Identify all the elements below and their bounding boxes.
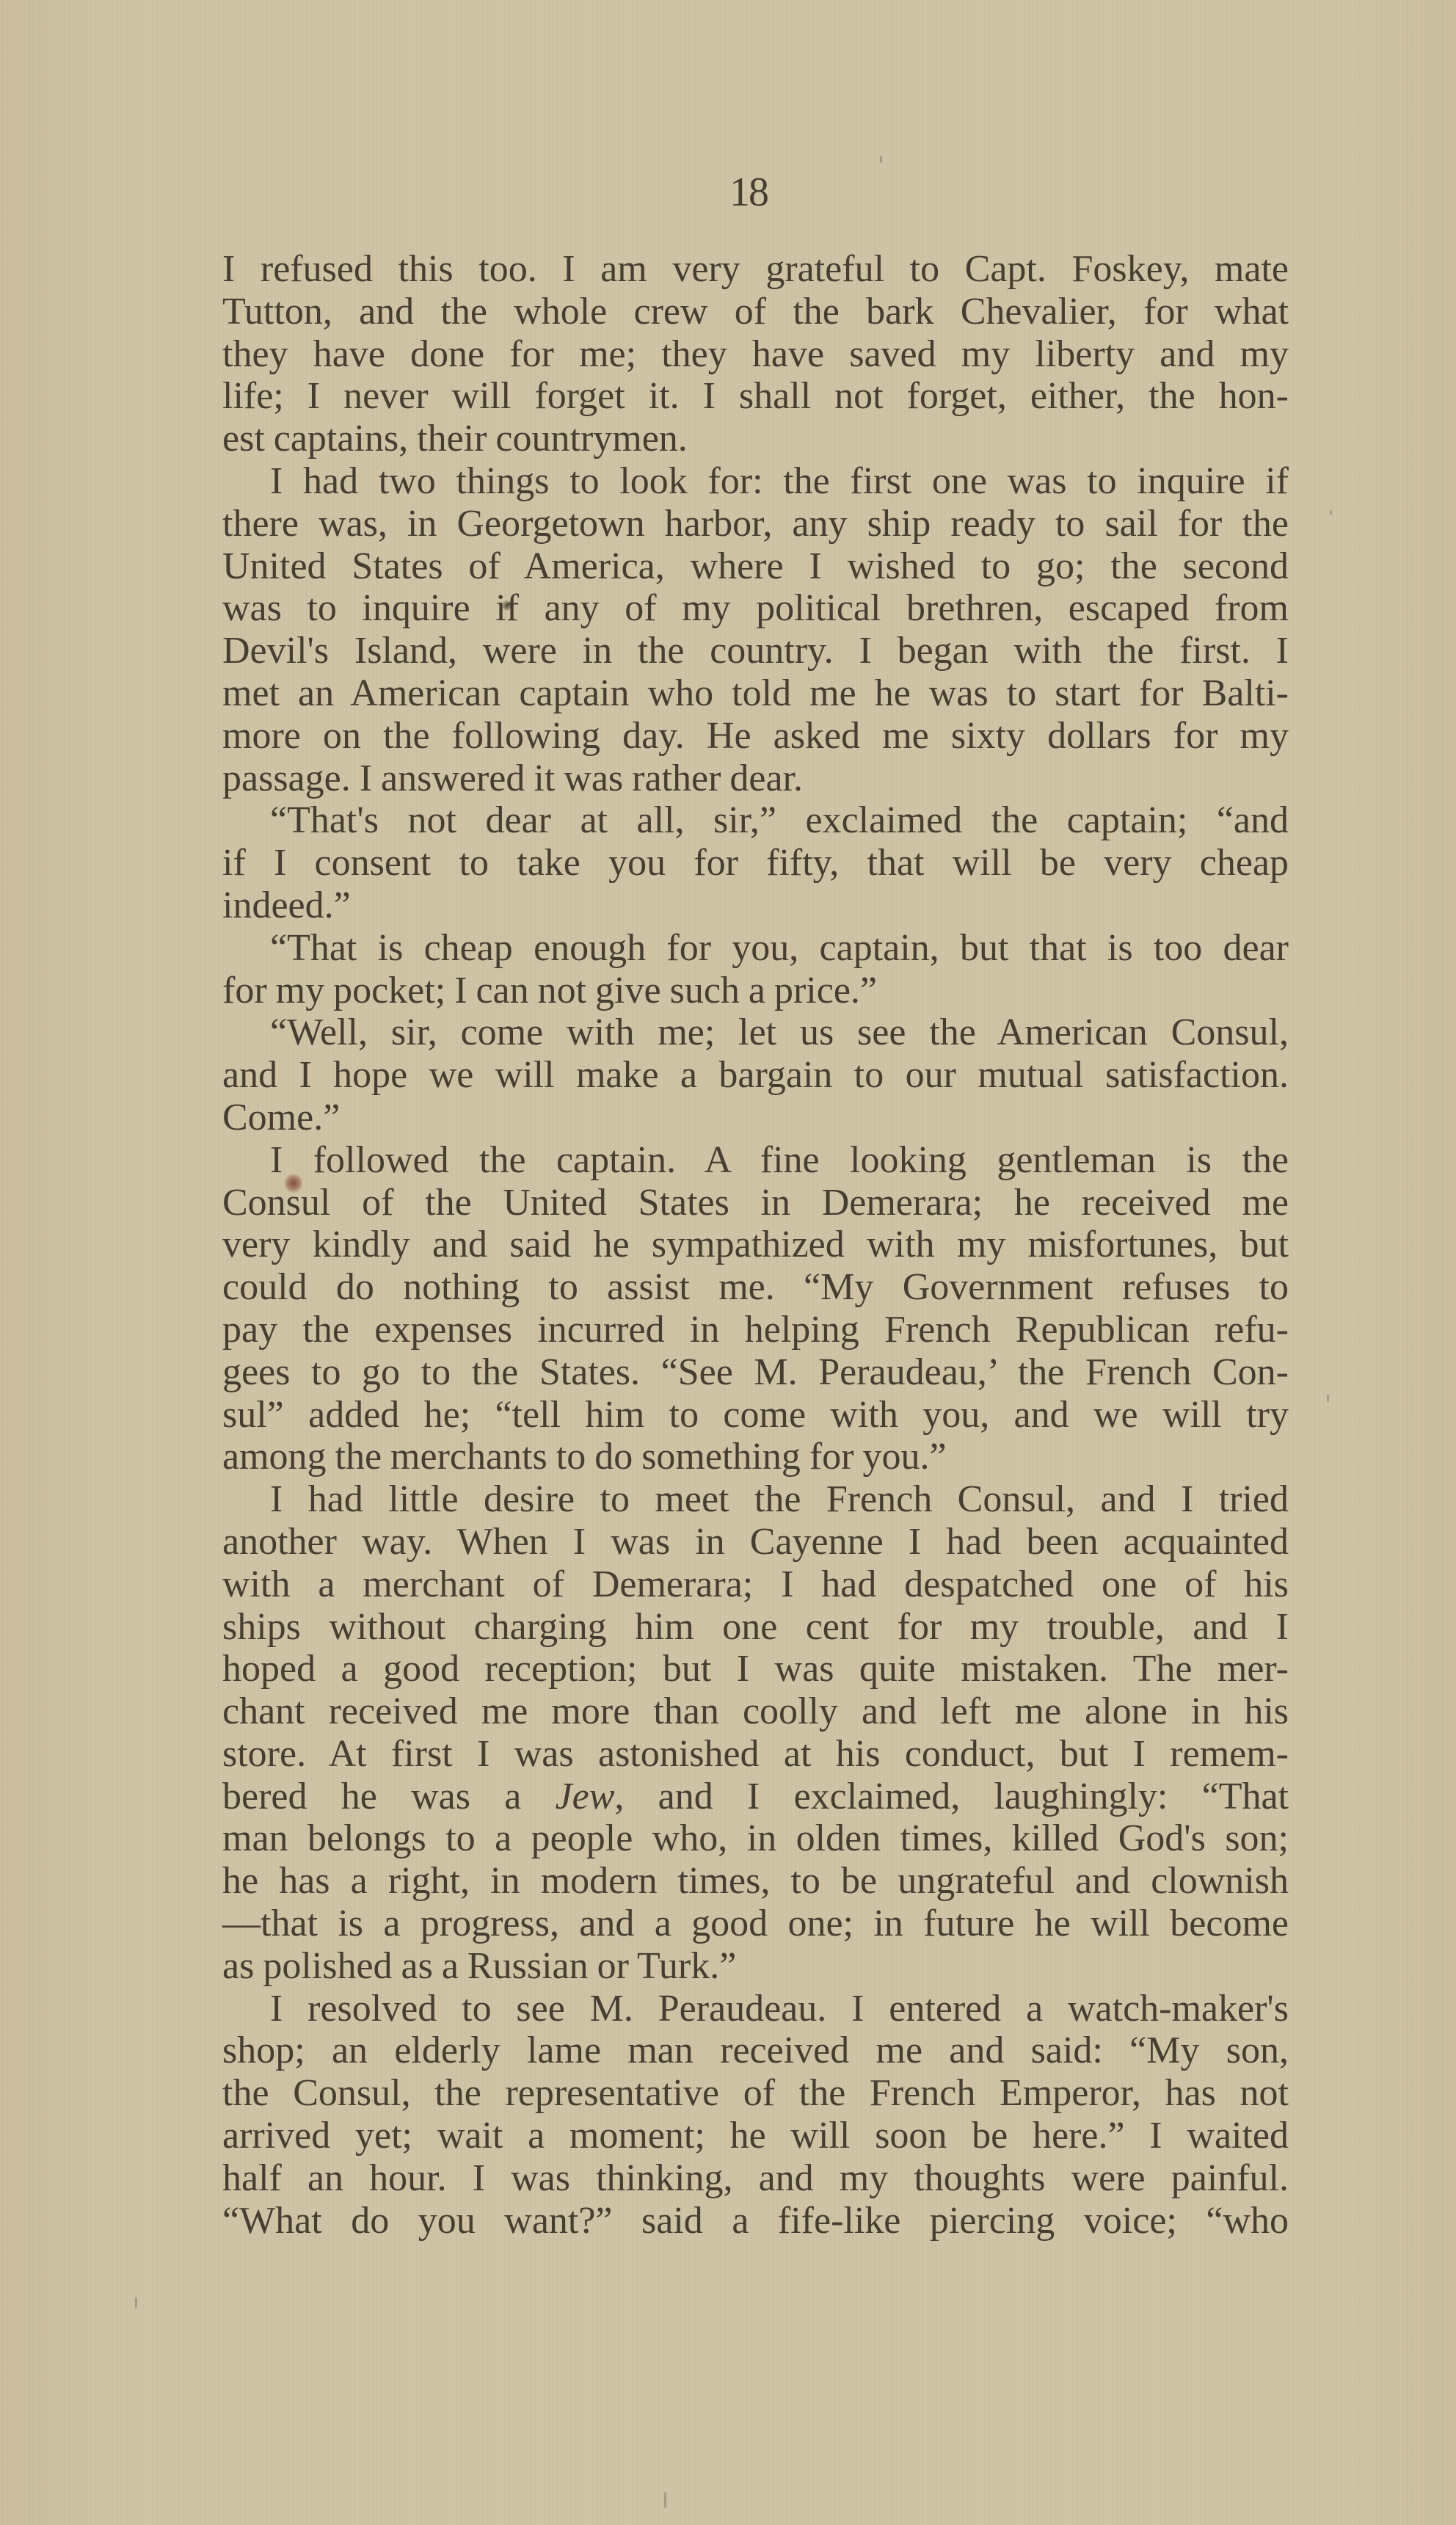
text-line-content: Consul of the United States in Demerara;… xyxy=(222,1182,1289,1224)
text-line: store. At first I was astonished at his … xyxy=(222,1733,1289,1776)
text-line-content: if I consent to take you for fifty, that… xyxy=(222,842,1289,884)
text-line-content: life; I never will forget it. I shall no… xyxy=(222,375,1289,417)
text-line-content: passage. I answered it was rather dear. xyxy=(222,757,803,799)
text-line-content: I had little desire to meet the French C… xyxy=(270,1478,1289,1520)
text-line: could do nothing to assist me. “My Gover… xyxy=(222,1266,1289,1309)
text-line-content: ships without charging him one cent for … xyxy=(222,1606,1289,1648)
text-line: est captains, their countrymen. xyxy=(222,418,1289,460)
text-line-content: with a merchant of Demerara; I had despa… xyxy=(222,1563,1289,1605)
text-line-content: Come.” xyxy=(222,1097,340,1138)
text-line-content: I refused this too. I am very grateful t… xyxy=(222,248,1289,290)
text-line-content: was to inquire if any of my political br… xyxy=(222,587,1289,629)
text-line: another way. When I was in Cayenne I had… xyxy=(222,1521,1289,1563)
text-line-content: I followed the captain. A fine looking g… xyxy=(270,1139,1289,1181)
text-line-content: the Consul, the representative of the Fr… xyxy=(222,2072,1289,2114)
text-line-content: more on the following day. He asked me s… xyxy=(222,715,1289,757)
text-line-content: and I hope we will make a bargain to our… xyxy=(222,1054,1289,1096)
text-line: passage. I answered it was rather dear. xyxy=(222,757,1289,800)
text-line-content: store. At first I was astonished at his … xyxy=(222,1733,1289,1775)
text-line: I resolved to see M. Peraudeau. I entere… xyxy=(222,1988,1289,2030)
page-number: 18 xyxy=(0,170,1456,214)
text-line: shop; an elderly lame man received me an… xyxy=(222,2030,1289,2072)
text-line: man belongs to a people who, in olden ti… xyxy=(222,1817,1289,1860)
text-line: bered he was a Jew, and I exclaimed, lau… xyxy=(222,1776,1289,1818)
text-line: life; I never will forget it. I shall no… xyxy=(222,375,1289,418)
paper-speck xyxy=(664,2492,666,2508)
text-line: hoped a good reception; but I was quite … xyxy=(222,1648,1289,1690)
text-line-content: est captains, their countrymen. xyxy=(222,418,688,459)
text-line-content: chant received me more than coolly and l… xyxy=(222,1690,1289,1732)
text-line-content: “That's not dear at all, sir,” exclaimed… xyxy=(270,799,1289,841)
text-line-content: another way. When I was in Cayenne I had… xyxy=(222,1521,1289,1563)
paper-speck xyxy=(135,2297,137,2308)
text-line: Devil's Island, were in the country. I b… xyxy=(222,630,1289,672)
text-line-content: “What do you want?” said a fife-like pie… xyxy=(222,2200,1289,2242)
text-line: Come.” xyxy=(222,1097,1289,1139)
text-line: among the merchants to do something for … xyxy=(222,1436,1289,1478)
text-line: was to inquire if any of my political br… xyxy=(222,587,1289,630)
text-line: if I consent to take you for fifty, that… xyxy=(222,842,1289,884)
text-line: pay the expenses incurred in helping Fre… xyxy=(222,1309,1289,1351)
text-line-content: Tutton, and the whole crew of the bark C… xyxy=(222,291,1289,333)
text-line: “That is cheap enough for you, captain, … xyxy=(222,927,1289,970)
text-line: United States of America, where I wished… xyxy=(222,545,1289,588)
text-line-content: hoped a good reception; but I was quite … xyxy=(222,1648,1289,1690)
text-line: “What do you want?” said a fife-like pie… xyxy=(222,2200,1289,2242)
text-line: indeed.” xyxy=(222,884,1289,927)
text-line-content: Devil's Island, were in the country. I b… xyxy=(222,630,1289,672)
text-line: Tutton, and the whole crew of the bark C… xyxy=(222,291,1289,333)
text-line-content: I had two things to look for: the first … xyxy=(270,460,1289,502)
italic-word: Jew xyxy=(556,1776,615,1817)
text-line-content: arrived yet; wait a moment; he will soon… xyxy=(222,2115,1289,2157)
text-line: very kindly and said he sympathized with… xyxy=(222,1224,1289,1266)
text-line-content: could do nothing to assist me. “My Gover… xyxy=(222,1266,1289,1308)
text-line: sul” added he; “tell him to come with yo… xyxy=(222,1394,1289,1436)
text-line: “That's not dear at all, sir,” exclaimed… xyxy=(222,799,1289,842)
text-line: they have done for me; they have saved m… xyxy=(222,333,1289,376)
text-line: Consul of the United States in Demerara;… xyxy=(222,1182,1289,1224)
text-line-content: sul” added he; “tell him to come with yo… xyxy=(222,1394,1289,1436)
text-line: I refused this too. I am very grateful t… xyxy=(222,248,1289,291)
text-line: arrived yet; wait a moment; he will soon… xyxy=(222,2115,1289,2157)
text-line: and I hope we will make a bargain to our… xyxy=(222,1054,1289,1097)
text-line-content: he has a right, in modern times, to be u… xyxy=(222,1860,1289,1902)
text-line-content: I resolved to see M. Peraudeau. I entere… xyxy=(270,1988,1289,2030)
paper-speck xyxy=(1327,1395,1329,1402)
text-line-content: they have done for me; they have saved m… xyxy=(222,333,1289,375)
text-line-content: very kindly and said he sympathized with… xyxy=(222,1224,1289,1265)
text-line: gees to go to the States. “See M. Peraud… xyxy=(222,1351,1289,1394)
text-line: for my pocket; I can not give such a pri… xyxy=(222,970,1289,1012)
body-text: I refused this too. I am very grateful t… xyxy=(222,248,1289,2242)
text-line-content: gees to go to the States. “See M. Peraud… xyxy=(222,1351,1289,1393)
text-line: I followed the captain. A fine looking g… xyxy=(222,1139,1289,1182)
text-line-content: as polished as a Russian or Turk.” xyxy=(222,1945,736,1987)
text-line: with a merchant of Demerara; I had despa… xyxy=(222,1563,1289,1606)
text-line: half an hour. I was thinking, and my tho… xyxy=(222,2157,1289,2200)
text-line: as polished as a Russian or Turk.” xyxy=(222,1945,1289,1988)
text-line-content: pay the expenses incurred in helping Fre… xyxy=(222,1309,1289,1351)
text-line-content: bered he was a xyxy=(222,1776,556,1817)
text-line: more on the following day. He asked me s… xyxy=(222,715,1289,757)
text-line: “Well, sir, come with me; let us see the… xyxy=(222,1011,1289,1054)
paper-speck xyxy=(1330,510,1332,515)
text-line: —that is a progress, and a good one; in … xyxy=(222,1903,1289,1945)
text-line-content: shop; an elderly lame man received me an… xyxy=(222,2030,1289,2071)
text-line-content: for my pocket; I can not give such a pri… xyxy=(222,970,877,1011)
text-line-content: , and I exclaimed, laughingly: “That xyxy=(614,1776,1289,1817)
text-line-content: —that is a progress, and a good one; in … xyxy=(222,1903,1289,1944)
text-line: the Consul, the representative of the Fr… xyxy=(222,2072,1289,2115)
text-line-content: met an American captain who told me he w… xyxy=(222,672,1289,714)
text-line-content: indeed.” xyxy=(222,884,351,926)
text-line: met an American captain who told me he w… xyxy=(222,672,1289,715)
text-line-content: among the merchants to do something for … xyxy=(222,1436,947,1478)
text-line-content: “Well, sir, come with me; let us see the… xyxy=(270,1011,1289,1053)
text-line-content: half an hour. I was thinking, and my tho… xyxy=(222,2157,1289,2199)
text-line: he has a right, in modern times, to be u… xyxy=(222,1860,1289,1903)
text-line-content: there was, in Georgetown harbor, any shi… xyxy=(222,503,1289,545)
text-line: ships without charging him one cent for … xyxy=(222,1606,1289,1649)
text-line: I had two things to look for: the first … xyxy=(222,460,1289,503)
text-line-content: man belongs to a people who, in olden ti… xyxy=(222,1817,1289,1859)
text-line-content: “That is cheap enough for you, captain, … xyxy=(270,927,1289,969)
text-line: I had little desire to meet the French C… xyxy=(222,1478,1289,1521)
paper-speck xyxy=(880,156,882,163)
text-line: there was, in Georgetown harbor, any shi… xyxy=(222,503,1289,545)
text-line-content: United States of America, where I wished… xyxy=(222,545,1289,587)
text-line: chant received me more than coolly and l… xyxy=(222,1690,1289,1733)
